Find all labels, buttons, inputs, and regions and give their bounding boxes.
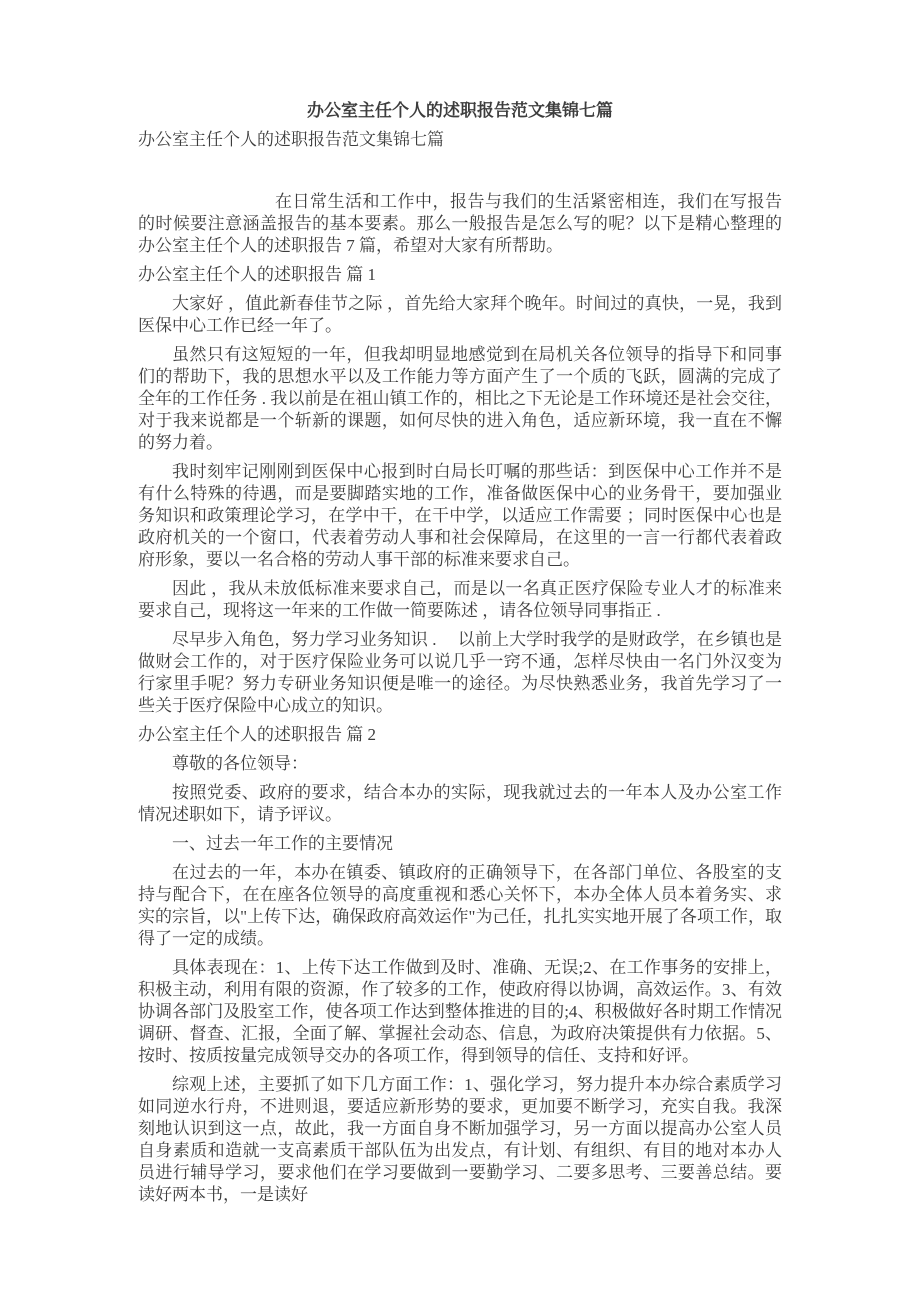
section-2-paragraph: 综观上述，主要抓了如下几方面工作：1、强化学习，努力提升本办综合素质学习如同逆水…	[138, 1074, 782, 1206]
section-2-paragraph: 按照党委、政府的要求，结合本办的实际，现我就过去的一年本人及办公室工作情况述职如…	[138, 782, 782, 826]
section-1-paragraph: 因此 ，我从未放低标准来要求自己，而是以一名真正医疗保险专业人才的标准来要求自己…	[138, 578, 782, 622]
blank-line-spacer	[138, 158, 782, 191]
section-2-heading: 办公室主任个人的述职报告 篇 2	[138, 724, 782, 746]
section-2-paragraph: 一、过去一年工作的主要情况	[138, 833, 782, 855]
section-1-paragraph: 我时刻牢记刚刚到医保中心报到时白局长叮嘱的那些话：到医保中心工作并不是有什么特殊…	[138, 461, 782, 571]
section-1-paragraph: 虽然只有这短短的一年，但我却明显地感觉到在局机关各位领导的指导下和同事们的帮助下…	[138, 344, 782, 454]
document-subtitle: 办公室主任个人的述职报告范文集锦七篇	[138, 129, 782, 151]
section-2-paragraph: 尊敬的各位领导：	[138, 753, 782, 775]
document-page: 办公室主任个人的述职报告范文集锦七篇 办公室主任个人的述职报告范文集锦七篇 在日…	[0, 0, 920, 1302]
section-1-paragraph: 大家好 ，值此新春佳节之际 ，首先给大家拜个晚年。时间过的真快，一晃，我到医保中…	[138, 293, 782, 337]
section-1-paragraph: 尽早步入角色，努力学习业务知识 . 以前上大学时我学的是财政学，在乡镇也是做财会…	[138, 629, 782, 717]
document-title: 办公室主任个人的述职报告范文集锦七篇	[138, 100, 782, 122]
section-1-heading: 办公室主任个人的述职报告 篇 1	[138, 264, 782, 286]
section-2-paragraph: 在过去的一年，本办在镇委、镇政府的正确领导下，在各部门单位、各股室的支持与配合下…	[138, 862, 782, 950]
document-content: 办公室主任个人的述职报告范文集锦七篇 办公室主任个人的述职报告范文集锦七篇 在日…	[0, 0, 920, 1206]
section-2-paragraph: 具体表现在：1、上传下达工作做到及时、准确、无误;2、在工作事务的安排上，积极主…	[138, 957, 782, 1067]
intro-paragraph: 在日常生活和工作中，报告与我们的生活紧密相连，我们在写报告的时候要注意涵盖报告的…	[138, 191, 782, 257]
